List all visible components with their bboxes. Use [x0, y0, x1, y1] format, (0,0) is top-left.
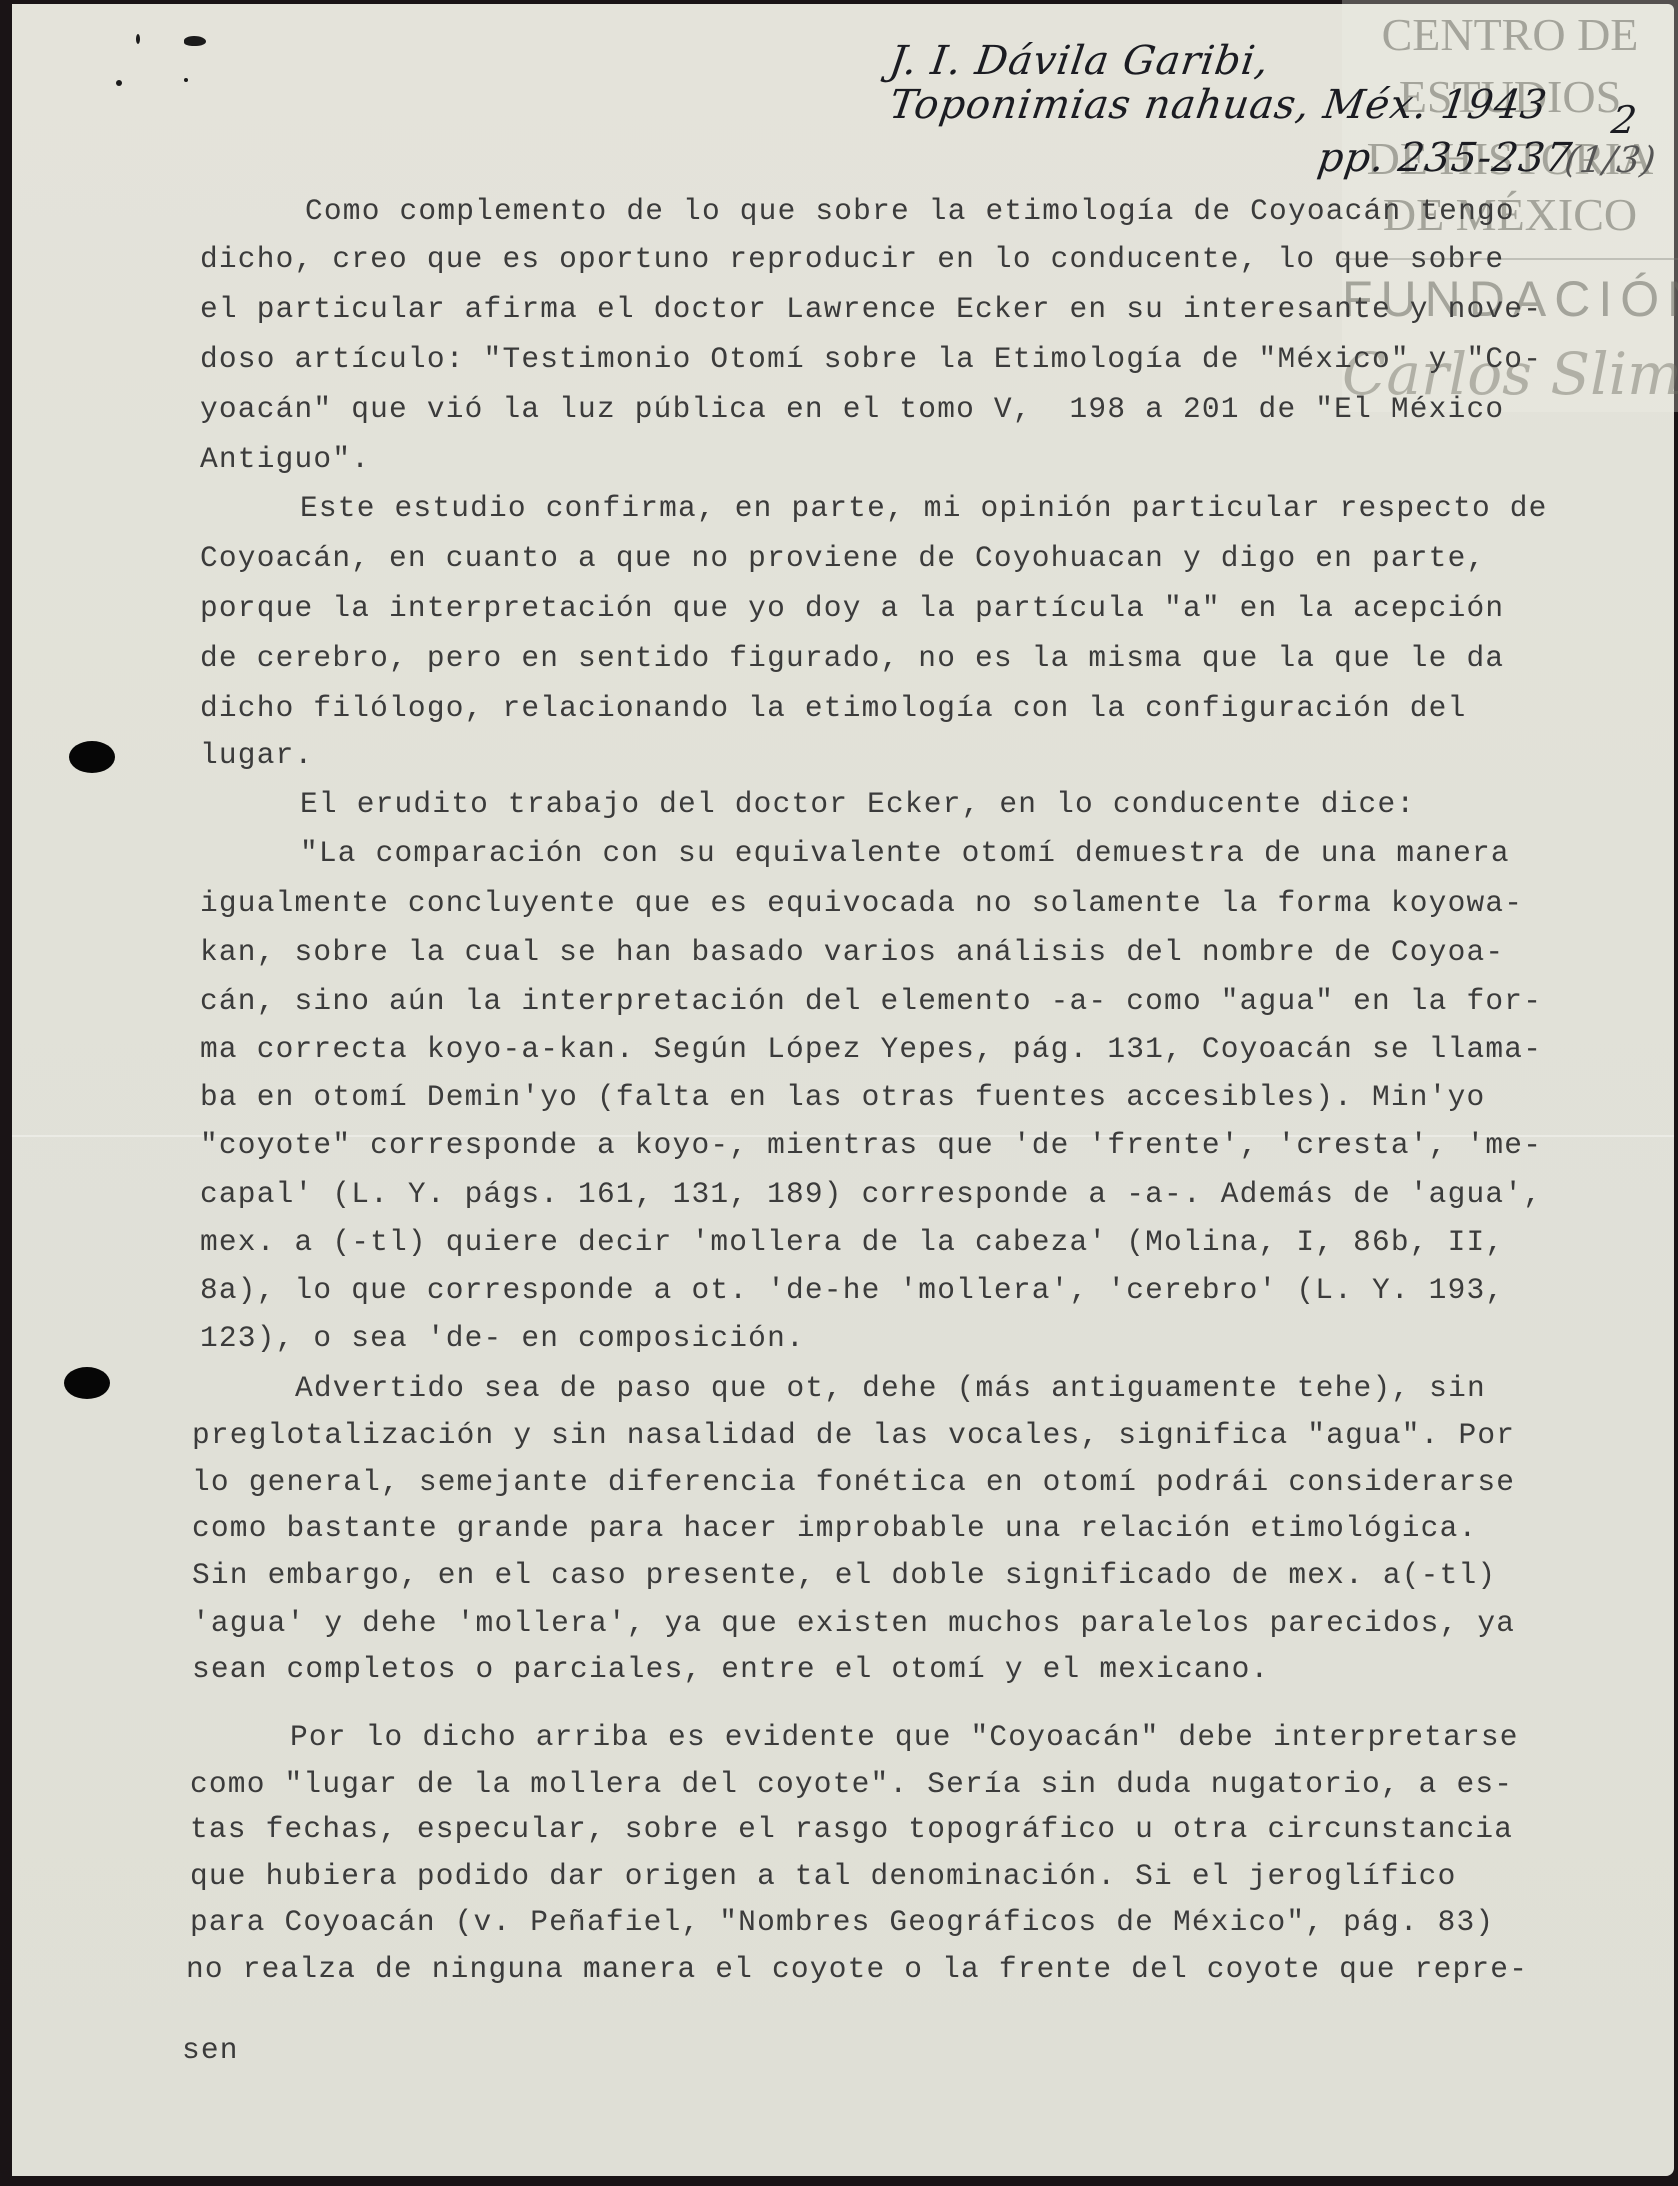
watermark-line: CENTRO DE: [1342, 8, 1678, 61]
paper-speck: [116, 80, 122, 86]
handwritten-author: J. I. Dávila Garibi,: [887, 38, 1273, 84]
typed-line: Coyoacán, en cuanto a que no proviene de…: [200, 544, 1485, 574]
typed-line: 8a), lo que corresponde a ot. 'de-he 'mo…: [200, 1276, 1504, 1306]
punch-hole-icon: [69, 741, 115, 773]
typed-line: capal' (L. Y. págs. 161, 131, 189) corre…: [200, 1180, 1542, 1210]
typed-line: Por lo dicho arriba es evidente que "Coy…: [290, 1723, 1519, 1753]
paper-speck: [184, 78, 188, 82]
typed-line: yoacán" que vió la luz pública en el tom…: [200, 395, 1504, 425]
typed-line: lo general, semejante diferencia fonétic…: [192, 1468, 1515, 1498]
typed-line: Antiguo".: [200, 445, 370, 475]
typed-line: tas fechas, especular, sobre el rasgo to…: [190, 1815, 1513, 1845]
typed-line: kan, sobre la cual se han basado varios …: [200, 938, 1504, 968]
typed-line: 123), o sea 'de- en composición.: [200, 1324, 805, 1354]
handwritten-pages: pp. 235-237: [1315, 135, 1575, 181]
typed-line: doso artículo: "Testimonio Otomí sobre l…: [200, 345, 1542, 375]
typed-line: El erudito trabajo del doctor Ecker, en …: [300, 790, 1415, 820]
typed-line: no realza de ninguna manera el coyote o …: [186, 1955, 1528, 1985]
typed-line: Este estudio confirma, en parte, mi opin…: [300, 494, 1548, 524]
typed-line: dicho filólogo, relacionando la etimolog…: [200, 694, 1467, 724]
typed-line: 'agua' y dehe 'mollera', ya que existen …: [192, 1609, 1515, 1639]
typed-line: "La comparación con su equivalente otomí…: [300, 839, 1510, 869]
paper-speck: [184, 36, 206, 46]
punch-hole-icon: [64, 1367, 110, 1399]
typed-line: como "lugar de la mollera del coyote". S…: [190, 1770, 1513, 1800]
paper-speck: [136, 34, 140, 44]
typed-line: para Coyoacán (v. Peñafiel, "Nombres Geo…: [190, 1908, 1494, 1938]
handwritten-title: Toponimias nahuas, Méx. 1943: [887, 82, 1551, 128]
typed-line: ba en otomí Demin'yo (falta en las otras…: [200, 1083, 1485, 1113]
typed-line: dicho, creo que es oportuno reproducir e…: [200, 245, 1504, 275]
typed-line: porque la interpretación que yo doy a la…: [200, 594, 1504, 624]
typed-line: como bastante grande para hacer improbab…: [192, 1514, 1477, 1544]
typed-line: cán, sino aún la interpretación del elem…: [200, 987, 1542, 1017]
typed-line: que hubiera podido dar origen a tal deno…: [190, 1862, 1457, 1892]
typed-line: Como complemento de lo que sobre la etim…: [305, 197, 1515, 227]
typed-line: sean completos o parciales, entre el oto…: [192, 1655, 1269, 1685]
typed-line: igualmente concluyente que es equivocada…: [200, 889, 1523, 919]
typed-line: de cerebro, pero en sentido figurado, no…: [200, 644, 1504, 674]
typed-line: Sin embargo, en el caso presente, el dob…: [192, 1561, 1496, 1591]
typed-line: el particular afirma el doctor Lawrence …: [200, 295, 1542, 325]
typed-line: "coyote" corresponde a koyo-, mientras q…: [200, 1131, 1542, 1161]
typed-line: preglotalización y sin nasalidad de las …: [192, 1421, 1515, 1451]
typed-line: Advertido sea de paso que ot, dehe (más …: [295, 1374, 1486, 1404]
handwritten-folio: (1/3): [1562, 140, 1659, 181]
typed-line: ma correcta koyo-a-kan. Según López Yepe…: [200, 1035, 1542, 1065]
typed-line: mex. a (-tl) quiere decir 'mollera de la…: [200, 1228, 1504, 1258]
typed-line: sen: [182, 2036, 239, 2066]
typed-line: lugar.: [200, 741, 313, 771]
